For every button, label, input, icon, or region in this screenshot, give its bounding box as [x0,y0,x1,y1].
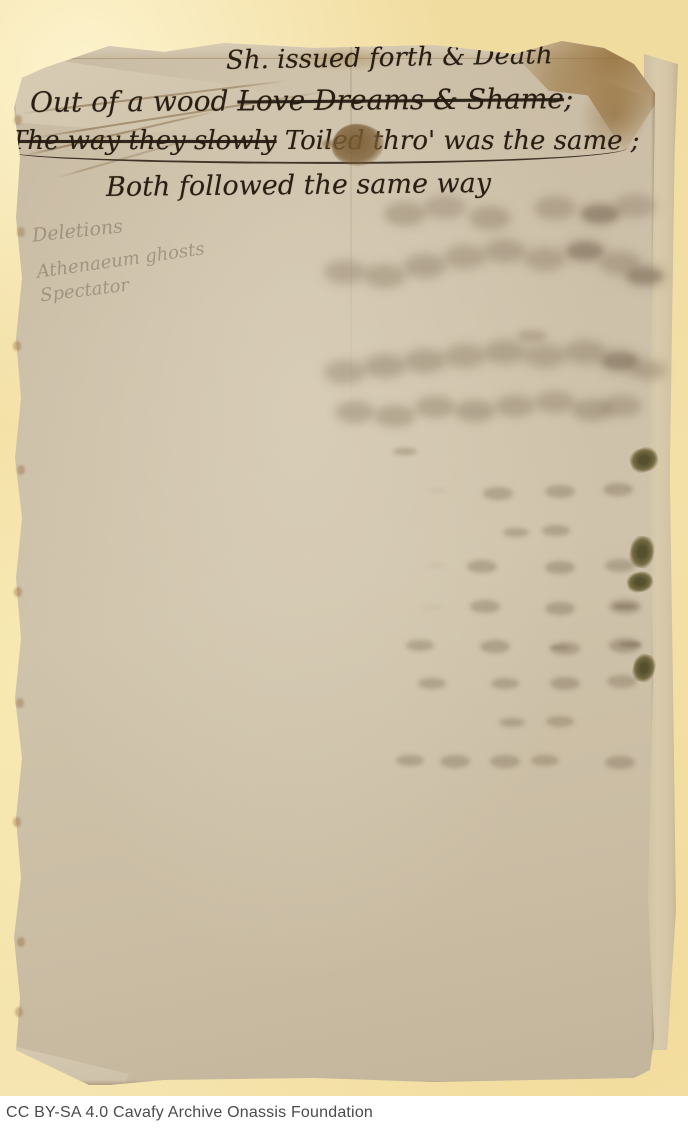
license-caption-text: CC BY-SA 4.0 Cavafy Archive Onassis Foun… [0,1104,373,1122]
handwritten-line-1: Out of a wood Love Dreams & Shame; [30,83,574,119]
left-edge-wear-marks [0,0,8,10]
handwritten-line-3: Both followed the same way [106,168,491,203]
binding-stitch [628,534,656,569]
scan-background-mat: Sh. issued forth & Death Out of a wood L… [0,0,688,1130]
line-2-struck-text: The way they slowly [10,126,277,156]
manuscript-page: Sh. issued forth & Death Out of a wood L… [14,38,655,1085]
line-1-struck-text: Love Dreams & Shame [237,82,564,117]
bottom-edge-shadow [14,1080,655,1085]
line-1-kept-text: Out of a wood [30,84,238,118]
pencil-note-1: Deletions [31,215,124,246]
license-caption-bar: CC BY-SA 4.0 Cavafy Archive Onassis Foun… [0,1096,688,1130]
line-2-kept-rest-text: thro' was the same ; [373,126,640,156]
line-1-punctuation: ; [564,82,574,115]
handwritten-interlinear-insertion: Sh. issued forth & Death [226,41,553,77]
